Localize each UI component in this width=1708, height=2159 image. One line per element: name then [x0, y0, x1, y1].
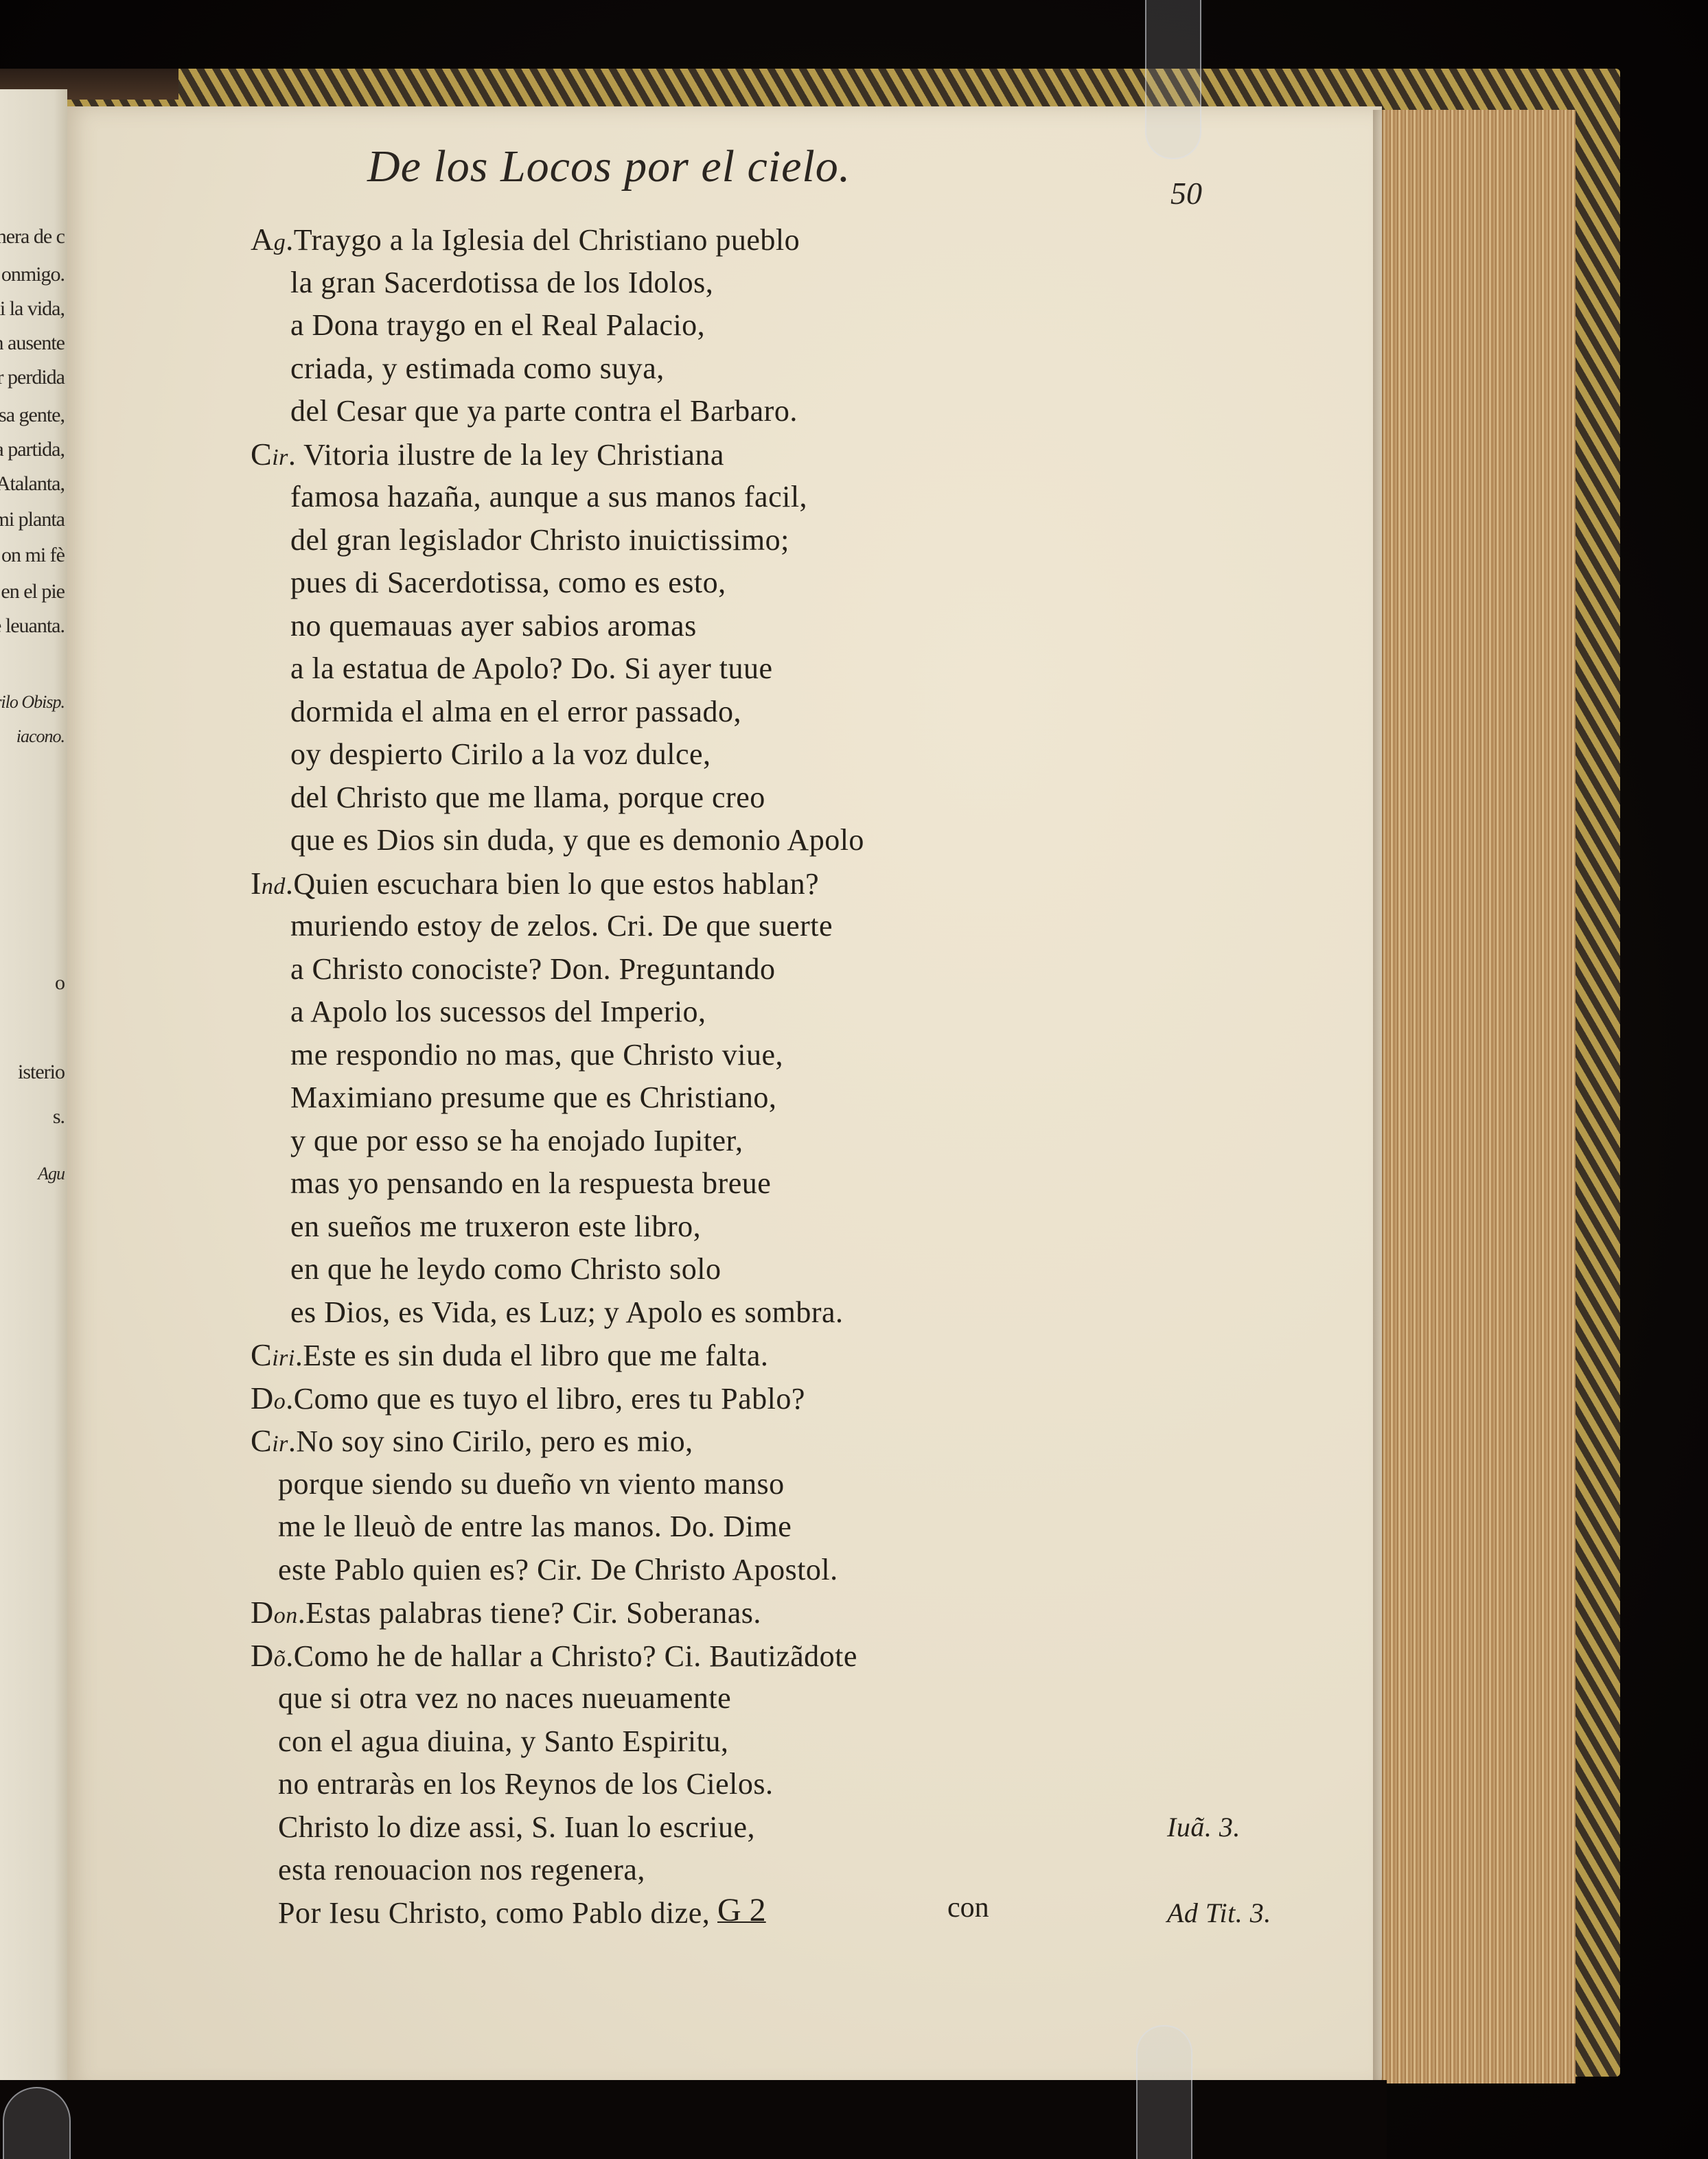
- verse-line: con el agua diuina, y Santo Espiritu,: [251, 1720, 1074, 1764]
- verse-line: del gran legislador Christo inuictissimo…: [251, 519, 1074, 562]
- verse-text: Maximiano presume que es Christiano,: [290, 1081, 776, 1114]
- verse-line: oy despierto Cirilo a la voz dulce,: [251, 733, 1074, 776]
- verse-text: me le lleuò de entre las manos. Do. Dime: [278, 1510, 792, 1543]
- verse-line: es Dios, es Vida, es Luz; y Apolo es som…: [251, 1291, 1074, 1335]
- verse-line: a la estatua de Apolo? Do. Si ayer tuue: [251, 647, 1074, 691]
- speaker-abbreviation: nd: [262, 874, 286, 899]
- left-page-text-fragment: iacono.: [16, 726, 65, 747]
- verse-line: y que por esso se ha enojado Iupiter,: [251, 1120, 1074, 1163]
- verse-text: que si otra vez no naces nueuamente: [278, 1681, 731, 1715]
- verse-text: dormida el alma en el error passado,: [290, 695, 741, 728]
- verse-text: a la estatua de Apolo? Do. Si ayer tuue: [290, 651, 773, 685]
- verse-text: del Christo que me llama, porque creo: [290, 781, 765, 814]
- catchword: con: [947, 1891, 989, 1924]
- verse-line: a Apolo los sucessos del Imperio,: [251, 991, 1074, 1034]
- speaker-initial: C: [251, 1337, 272, 1372]
- verse-line: esta renouacion nos regenera,: [251, 1849, 1074, 1892]
- speaker-abbreviation: ir: [272, 445, 288, 470]
- verse-line: mas yo pensando en la respuesta breue: [251, 1162, 1074, 1205]
- verse-text: mas yo pensando en la respuesta breue: [290, 1166, 771, 1200]
- acrylic-clip-top: [1145, 0, 1201, 159]
- running-head: De los Locos por el cielo.: [367, 141, 851, 193]
- left-page-text-fragment: r le leuanta.: [0, 614, 65, 638]
- verse-text: del Cesar que ya parte contra el Barbaro…: [290, 394, 798, 428]
- speaker-initial: C: [251, 1423, 272, 1458]
- verse-text: Por Iesu Christo, como Pablo dize,: [278, 1896, 710, 1930]
- verse-text: .Como que es tuyo el libro, eres tu Pabl…: [286, 1382, 805, 1416]
- verse-text: en sueños me truxeron este libro,: [290, 1210, 701, 1243]
- verse-text: con el agua diuina, y Santo Espiritu,: [278, 1724, 728, 1758]
- verse-text: no quemauas ayer sabios aromas: [290, 609, 697, 643]
- left-page-text-fragment: o: [55, 971, 65, 995]
- marginal-citation: Ad Tit. 3.: [1167, 1892, 1271, 1935]
- speaker-initial: C: [251, 437, 272, 472]
- verse-line: este Pablo quien es? Cir. De Christo Apo…: [251, 1549, 1074, 1592]
- verse-line: Christo lo dize assi, S. Iuan lo escriue…: [251, 1806, 1074, 1849]
- verse-text: muriendo estoy de zelos. Cri. De que sue…: [290, 909, 833, 943]
- verse-line: pues di Sacerdotissa, como es esto,: [251, 562, 1074, 605]
- folio-number: 50: [1170, 175, 1202, 211]
- verse-text: y que por esso se ha enojado Iupiter,: [290, 1124, 743, 1157]
- verse-line: Do.Como que es tuyo el libro, eres tu Pa…: [251, 1377, 1074, 1420]
- verse-text: pues di Sacerdotissa, como es esto,: [290, 566, 726, 599]
- left-page-text-fragment: Atalanta,: [0, 472, 65, 496]
- verse-text: este Pablo quien es? Cir. De Christo Apo…: [278, 1553, 838, 1586]
- verse-text: .Traygo a la Iglesia del Christiano pueb…: [286, 223, 800, 257]
- verse-text: a Dona traygo en el Real Palacio,: [290, 308, 705, 342]
- verse-text: .Quien escuchara bien lo que estos habla…: [286, 867, 819, 901]
- verse-text: no entraràs en los Reynos de los Cielos.: [278, 1767, 773, 1801]
- verse-line: que es Dios sin duda, y que es demonio A…: [251, 819, 1074, 862]
- verse-text: .No soy sino Cirilo, pero es mio,: [288, 1424, 693, 1458]
- left-page-text-fragment: en el pie: [1, 580, 65, 603]
- verse-text-block: Ag.Traygo a la Iglesia del Christiano pu…: [251, 218, 1074, 1935]
- left-page-text-fragment: on mi fè: [1, 544, 65, 567]
- verse-line: muriendo estoy de zelos. Cri. De que sue…: [251, 905, 1074, 948]
- left-page-text-fragment: isterio: [18, 1061, 65, 1084]
- left-page-text-fragment: lgun ausente: [0, 332, 65, 355]
- verse-line: dormida el alma en el error passado,: [251, 691, 1074, 734]
- speaker-initial: A: [251, 222, 274, 257]
- verse-text: criada, y estimada como suya,: [290, 351, 665, 385]
- verse-line: Ag.Traygo a la Iglesia del Christiano pu…: [251, 218, 1074, 262]
- speaker-initial: D: [251, 1638, 274, 1673]
- acrylic-clip-bottom-left: [3, 2087, 71, 2159]
- verse-text: Christo lo dize assi, S. Iuan lo escriue…: [278, 1810, 755, 1844]
- verse-line: no quemauas ayer sabios aromas: [251, 605, 1074, 648]
- verse-line: Ind.Quien escuchara bien lo que estos ha…: [251, 862, 1074, 905]
- verse-line: en que he leydo como Christo solo: [251, 1248, 1074, 1291]
- speaker-abbreviation: ir: [272, 1431, 288, 1457]
- verse-line: criada, y estimada como suya,: [251, 347, 1074, 391]
- speaker-abbreviation: o: [274, 1389, 286, 1414]
- verse-text: a Christo conociste? Don. Preguntando: [290, 952, 775, 986]
- verse-text: en que he leydo como Christo solo: [290, 1252, 722, 1286]
- marginal-citation: Iuã. 3.: [1167, 1806, 1240, 1849]
- verse-line: Cir. Vitoria ilustre de la ley Christian…: [251, 433, 1074, 476]
- verse-text: .Este es sin duda el libro que me falta.: [295, 1339, 769, 1372]
- verse-line: la gran Sacerdotissa de los Idolos,: [251, 262, 1074, 305]
- verse-text: que es Dios sin duda, y que es demonio A…: [290, 823, 864, 857]
- left-page-text-fragment: s.: [53, 1105, 65, 1129]
- left-page-text-fragment: onmigo.: [1, 263, 65, 286]
- verse-line: Cir.No soy sino Cirilo, pero es mio,: [251, 1420, 1074, 1463]
- verse-text: esta renouacion nos regenera,: [278, 1853, 645, 1886]
- verse-line: que si otra vez no naces nueuamente: [251, 1677, 1074, 1720]
- verse-text: la gran Sacerdotissa de los Idolos,: [290, 266, 713, 299]
- verse-line: me le lleuò de entre las manos. Do. Dime: [251, 1505, 1074, 1549]
- signature-mark: G 2: [717, 1891, 766, 1929]
- verse-line: a Dona traygo en el Real Palacio,: [251, 304, 1074, 347]
- speaker-abbreviation: iri: [272, 1346, 295, 1371]
- verse-text: oy despierto Cirilo a la voz dulce,: [290, 737, 711, 771]
- verse-text: porque siendo su dueño vn viento manso: [278, 1467, 785, 1501]
- speaker-initial: I: [251, 866, 262, 901]
- verse-line: en sueños me truxeron este libro,: [251, 1205, 1074, 1249]
- speaker-abbreviation: g: [274, 230, 286, 255]
- speaker-abbreviation: õ: [274, 1646, 286, 1672]
- left-page-text-fragment: nera de c: [0, 225, 65, 249]
- book-fore-edge: [1380, 110, 1576, 2083]
- verse-text: me respondio no mas, que Christo viue,: [290, 1038, 783, 1072]
- verse-text: es Dios, es Vida, es Luz; y Apolo es som…: [290, 1295, 844, 1329]
- verse-text: del gran legislador Christo inuictissimo…: [290, 523, 789, 557]
- left-page-text-fragment: sa gente,: [0, 404, 65, 427]
- verse-text: .Como he de hallar a Christo? Ci. Bautiz…: [286, 1639, 857, 1673]
- verse-line: Dõ.Como he de hallar a Christo? Ci. Baut…: [251, 1635, 1074, 1678]
- verse-line: del Christo que me llama, porque creo: [251, 776, 1074, 820]
- verse-line: porque siendo su dueño vn viento manso: [251, 1463, 1074, 1506]
- verse-line: me respondio no mas, que Christo viue,: [251, 1034, 1074, 1077]
- verse-line: del Cesar que ya parte contra el Barbaro…: [251, 390, 1074, 433]
- verse-text: a Apolo los sucessos del Imperio,: [290, 995, 706, 1028]
- verse-text: famosa hazaña, aunque a sus manos facil,: [290, 480, 807, 513]
- verse-line: famosa hazaña, aunque a sus manos facil,: [251, 476, 1074, 519]
- verse-line: no entraràs en los Reynos de los Cielos.: [251, 1763, 1074, 1806]
- left-page-sliver: nera de conmigo.perdi la vida,lgun ausen…: [0, 89, 67, 2080]
- verse-line: a Christo conociste? Don. Preguntando: [251, 948, 1074, 991]
- left-page-text-fragment: perdi la vida,: [0, 297, 65, 321]
- left-page-text-fragment: Cirilo Obisp.: [0, 692, 65, 713]
- left-page-text-fragment: Agu: [38, 1164, 65, 1184]
- verse-line: Don.Estas palabras tiene? Cir. Soberanas…: [251, 1591, 1074, 1635]
- left-page-text-fragment: sa partida,: [0, 438, 65, 461]
- speaker-abbreviation: on: [274, 1603, 298, 1628]
- speaker-initial: D: [251, 1595, 274, 1630]
- verse-text: .Estas palabras tiene? Cir. Soberanas.: [298, 1596, 761, 1630]
- acrylic-clip-bottom: [1136, 2025, 1192, 2159]
- verse-line: Maximiano presume que es Christiano,: [251, 1076, 1074, 1120]
- verse-text: . Vitoria ilustre de la ley Christiana: [288, 438, 724, 472]
- left-page-text-fragment: mi planta: [0, 508, 65, 531]
- speaker-initial: D: [251, 1381, 274, 1416]
- verse-line: Ciri.Este es sin duda el libro que me fa…: [251, 1334, 1074, 1377]
- left-page-text-fragment: tar perdida: [0, 366, 65, 389]
- page-edge-shadow: [1373, 110, 1387, 2083]
